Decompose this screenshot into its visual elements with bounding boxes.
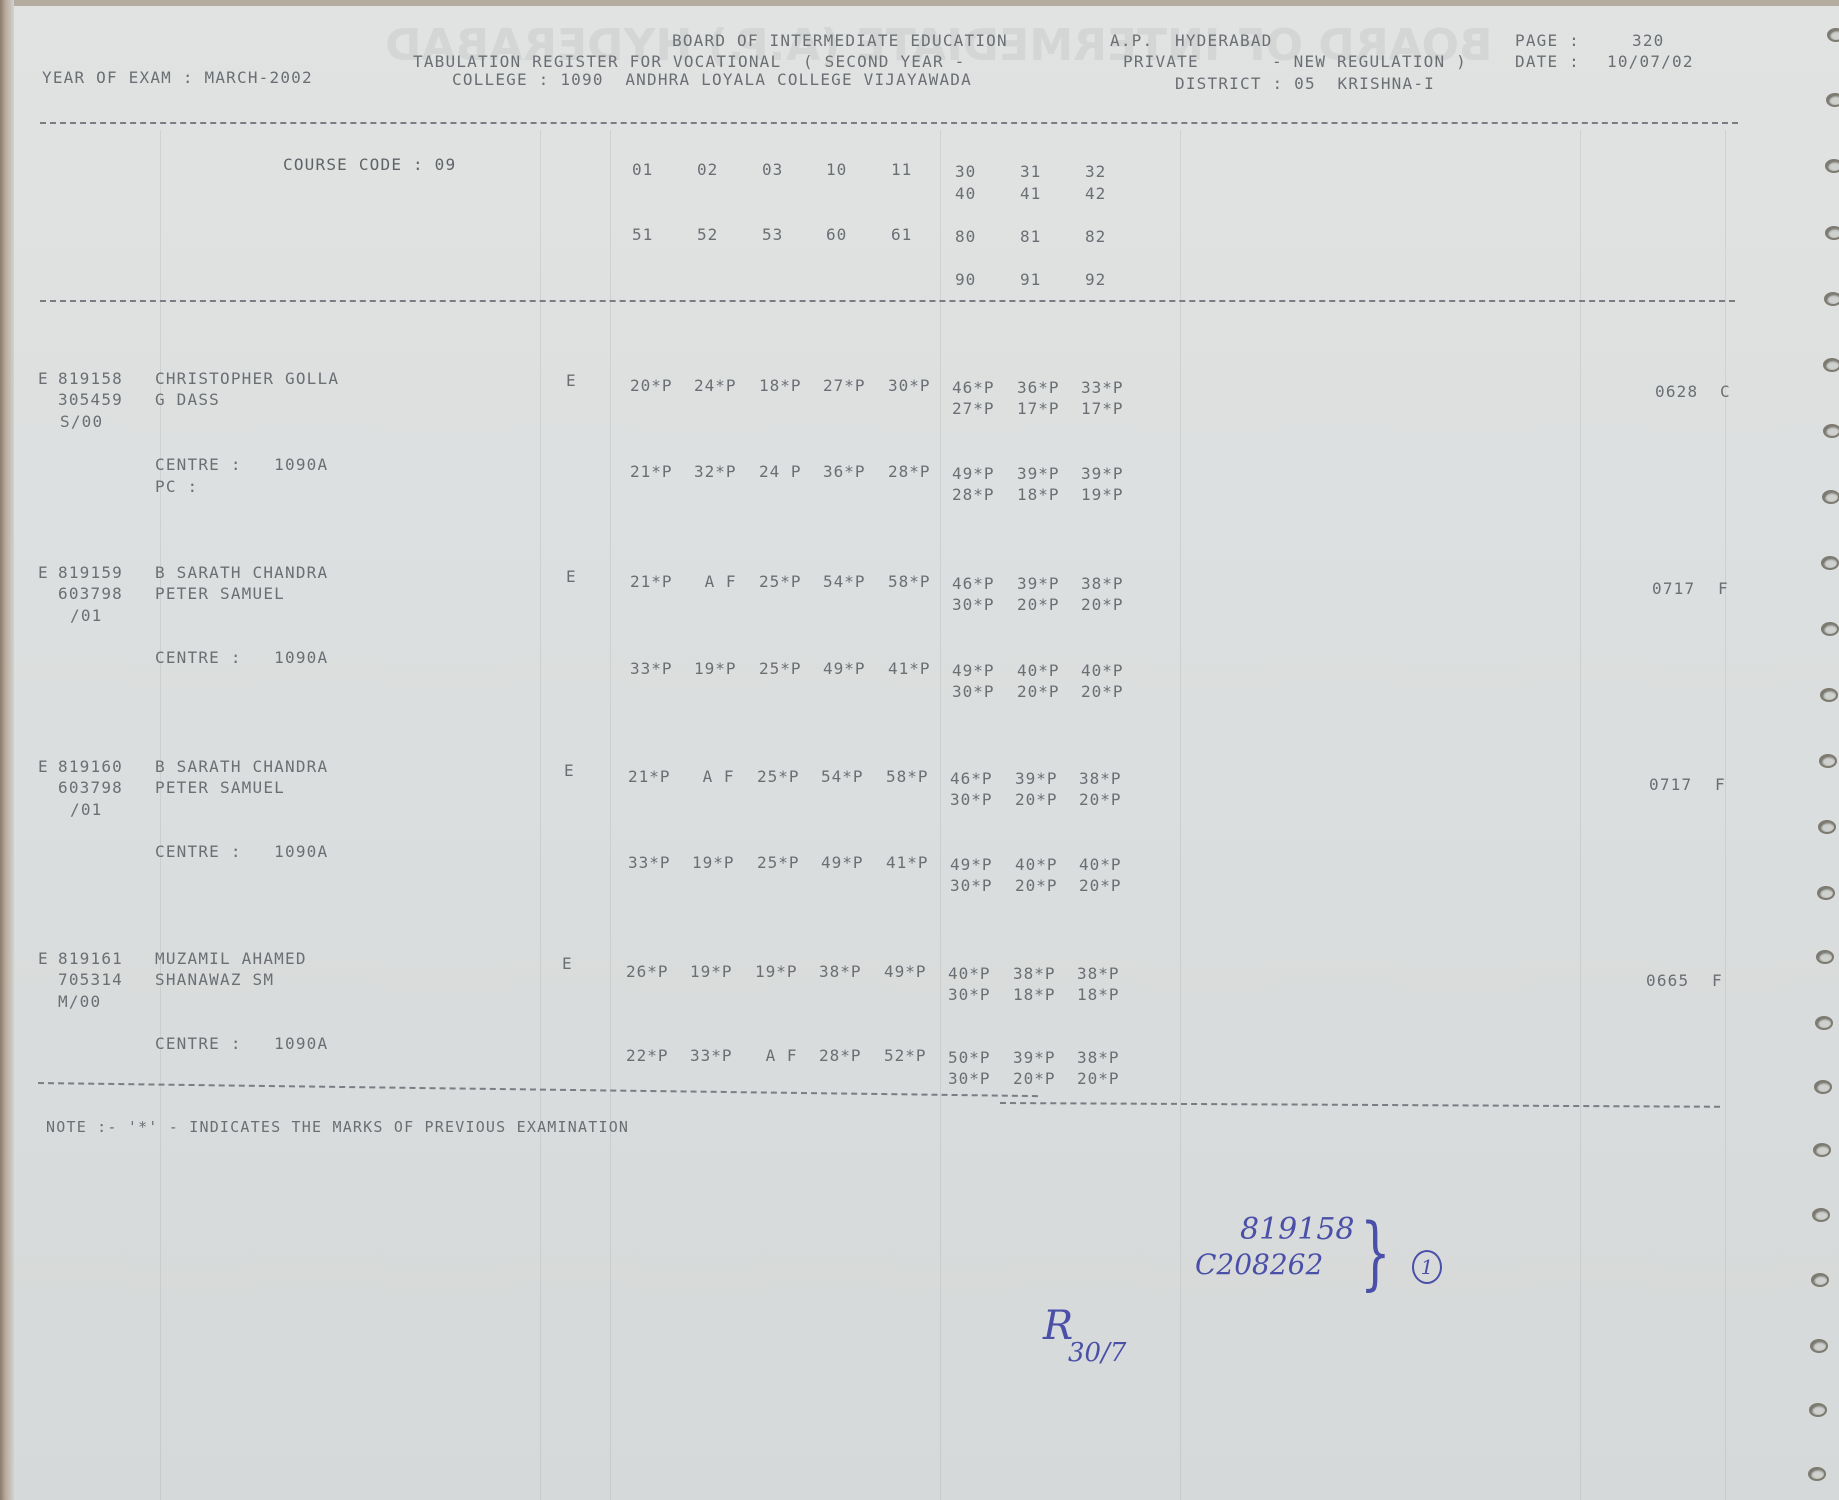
- record-prefix: E: [38, 564, 49, 582]
- mark-cell: 39*P: [1015, 769, 1079, 788]
- mark-cell: 21*P: [628, 767, 692, 786]
- mark-cell: 21*P: [630, 462, 694, 481]
- mark-cell: 49*P: [884, 962, 948, 981]
- mark-cell: 40*P: [1079, 855, 1143, 874]
- subject-code: 03: [762, 160, 826, 179]
- mark-cell: 49*P: [950, 855, 1014, 874]
- mark-cell: 30*P: [950, 876, 1014, 895]
- mark-cell: 32*P: [694, 462, 758, 481]
- mark-cell: 20*P: [1017, 682, 1081, 701]
- punch-hole: [1823, 424, 1839, 438]
- mark-cell: 20*P: [1015, 790, 1079, 809]
- mark-cell: 25*P: [759, 659, 823, 678]
- subject-code: 42: [1085, 184, 1149, 203]
- mark-cell: 38*P: [1013, 964, 1077, 983]
- subject-code: 92: [1085, 270, 1149, 289]
- year-of-exam: YEAR OF EXAM : MARCH-2002: [42, 69, 313, 87]
- subject-code: 30: [955, 162, 1019, 181]
- subject-code: 51: [632, 225, 696, 244]
- mark-cell: 20*P: [1081, 682, 1145, 701]
- mark-cell: 33*P: [690, 1046, 754, 1065]
- mark-cell: 36*P: [823, 462, 887, 481]
- mark-cell: A F: [755, 1046, 819, 1065]
- mark-cell: 36*P: [1017, 378, 1081, 397]
- total-marks: 0717: [1652, 580, 1695, 598]
- handwritten-sign-date: 30/7: [1068, 1338, 1126, 1368]
- form-guide: [540, 130, 541, 1500]
- mark-cell: 28*P: [952, 485, 1016, 504]
- mark-cell: 30*P: [948, 985, 1012, 1004]
- mark-cell: 30*P: [888, 376, 952, 395]
- mark-cell: 28*P: [888, 462, 952, 481]
- result-grade: F: [1715, 776, 1726, 794]
- registration-number: 603798: [58, 779, 123, 797]
- punch-hole: [1819, 754, 1837, 768]
- print-date: 10/07/02: [1607, 53, 1694, 71]
- mark-cell: 30*P: [952, 682, 1016, 701]
- mark-cell: 46*P: [952, 574, 1016, 593]
- mark-cell: 21*P: [630, 572, 694, 591]
- subject-code: 60: [826, 225, 890, 244]
- punch-hole: [1817, 886, 1835, 900]
- mark-cell: 22*P: [626, 1046, 690, 1065]
- subject-code: 32: [1085, 162, 1149, 181]
- subject-code: 11: [891, 160, 955, 179]
- mark-cell: 30*P: [948, 1069, 1012, 1088]
- mark-cell: 28*P: [819, 1046, 883, 1065]
- mark-cell: 41*P: [886, 853, 950, 872]
- punch-hole: [1815, 1016, 1833, 1030]
- mark-cell: 20*P: [1017, 595, 1081, 614]
- record-prefix: E: [38, 758, 49, 776]
- header-divider: [40, 122, 1738, 124]
- form-guide: [1580, 130, 1581, 1500]
- mark-cell: 17*P: [1081, 399, 1145, 418]
- registration-number: 705314: [58, 971, 123, 989]
- subject-code: 40: [955, 184, 1019, 203]
- punch-hole: [1810, 1339, 1828, 1353]
- mark-cell: 26*P: [626, 962, 690, 981]
- exam-category: PRIVATE: [1123, 53, 1199, 71]
- date-label: DATE :: [1515, 53, 1580, 71]
- college-info: COLLEGE : 1090 ANDHRA LOYALA COLLEGE VIJ…: [452, 71, 972, 89]
- mark-cell: 54*P: [821, 767, 885, 786]
- mark-cell: 38*P: [1081, 574, 1145, 593]
- mark-cell: 49*P: [823, 659, 887, 678]
- centre-code: CENTRE : 1090A: [155, 456, 328, 474]
- register-title: TABULATION REGISTER FOR VOCATIONAL ( SEC…: [413, 53, 965, 71]
- form-guide: [1180, 130, 1181, 1500]
- mark-cell: 49*P: [952, 661, 1016, 680]
- punch-hole: [1811, 1273, 1829, 1287]
- subject-code: 80: [955, 227, 1019, 246]
- student-name: MUZAMIL AHAMED: [155, 950, 307, 968]
- subject-code: 90: [955, 270, 1019, 289]
- record-code: /01: [70, 607, 103, 625]
- punch-hole: [1825, 159, 1839, 173]
- mark-cell: 27*P: [823, 376, 887, 395]
- mark-cell: 20*P: [630, 376, 694, 395]
- record-prefix: E: [38, 950, 49, 968]
- subject-code: 52: [697, 225, 761, 244]
- father-name: PETER SAMUEL: [155, 585, 285, 603]
- mark-cell: 39*P: [1013, 1048, 1077, 1067]
- footnote: NOTE :- '*' - INDICATES THE MARKS OF PRE…: [46, 1118, 629, 1136]
- punch-hole: [1808, 1467, 1826, 1481]
- mark-cell: 41*P: [888, 659, 952, 678]
- mark-cell: 24 P: [759, 462, 823, 481]
- mark-cell: 39*P: [1017, 464, 1081, 483]
- subject-code: 41: [1020, 184, 1084, 203]
- punch-hole: [1824, 292, 1839, 306]
- footer-divider: [1000, 1102, 1720, 1108]
- mark-cell: 40*P: [1015, 855, 1079, 874]
- punch-hole: [1822, 490, 1839, 504]
- mark-cell: 54*P: [823, 572, 887, 591]
- subject-code: 53: [762, 225, 826, 244]
- page-label: PAGE :: [1515, 32, 1580, 50]
- registration-number: 603798: [58, 585, 123, 603]
- mark-cell: 30*P: [952, 595, 1016, 614]
- mark-cell: 19*P: [690, 962, 754, 981]
- punch-hole: [1823, 358, 1839, 372]
- form-guide: [1725, 130, 1726, 1500]
- mark-cell: 46*P: [950, 769, 1014, 788]
- result-grade: C: [1720, 383, 1731, 401]
- student-name: B SARATH CHANDRA: [155, 564, 328, 582]
- punch-hole: [1813, 1143, 1831, 1157]
- punch-hole: [1809, 1403, 1827, 1417]
- mark-cell: 20*P: [1015, 876, 1079, 895]
- subject-code: 31: [1020, 162, 1084, 181]
- punch-hole: [1821, 556, 1839, 570]
- medium: E: [562, 955, 573, 973]
- pc-label: PC :: [155, 478, 198, 496]
- mark-cell: 40*P: [1017, 661, 1081, 680]
- mark-cell: 18*P: [1017, 485, 1081, 504]
- centre-code: CENTRE : 1090A: [155, 843, 328, 861]
- mark-cell: 33*P: [630, 659, 694, 678]
- punch-hole: [1816, 950, 1834, 964]
- mark-cell: 40*P: [948, 964, 1012, 983]
- punch-hole: [1826, 93, 1839, 107]
- record-prefix: E: [38, 370, 49, 388]
- mark-cell: 58*P: [886, 767, 950, 786]
- subject-code: 10: [826, 160, 890, 179]
- mark-cell: 20*P: [1079, 876, 1143, 895]
- mark-cell: 19*P: [1081, 485, 1145, 504]
- mark-cell: 18*P: [759, 376, 823, 395]
- mark-cell: 38*P: [1077, 964, 1141, 983]
- mark-cell: 38*P: [1079, 769, 1143, 788]
- mark-cell: 18*P: [1013, 985, 1077, 1004]
- mark-cell: 24*P: [694, 376, 758, 395]
- mark-cell: 19*P: [755, 962, 819, 981]
- result-grade: F: [1718, 580, 1729, 598]
- mark-cell: 46*P: [952, 378, 1016, 397]
- mark-cell: 20*P: [1013, 1069, 1077, 1088]
- total-marks: 0628: [1655, 383, 1698, 401]
- subject-code: 61: [891, 225, 955, 244]
- medium: E: [566, 372, 577, 390]
- mark-cell: 30*P: [950, 790, 1014, 809]
- mark-cell: 25*P: [757, 853, 821, 872]
- mark-cell: 49*P: [952, 464, 1016, 483]
- mark-cell: 25*P: [759, 572, 823, 591]
- handwritten-hall-ticket: 819158: [1240, 1212, 1355, 1247]
- mark-cell: 40*P: [1081, 661, 1145, 680]
- subject-code: 01: [632, 160, 696, 179]
- binding-edge: [0, 0, 14, 1500]
- mark-cell: A F: [692, 767, 756, 786]
- course-divider: [40, 300, 1735, 302]
- total-marks: 0717: [1649, 776, 1692, 794]
- mark-cell: 19*P: [692, 853, 756, 872]
- mark-cell: 39*P: [1081, 464, 1145, 483]
- hall-ticket-number: 819161: [58, 950, 123, 968]
- form-guide: [160, 130, 161, 1500]
- hall-ticket-number: 819158: [58, 370, 123, 388]
- record-code: /01: [70, 801, 103, 819]
- sheet-top-edge: [0, 0, 1839, 6]
- total-marks: 0665: [1646, 972, 1689, 990]
- mark-cell: 50*P: [948, 1048, 1012, 1067]
- form-guide: [610, 130, 611, 1500]
- mark-cell: 27*P: [952, 399, 1016, 418]
- mark-cell: 38*P: [1077, 1048, 1141, 1067]
- centre-code: CENTRE : 1090A: [155, 649, 328, 667]
- hall-ticket-number: 819160: [58, 758, 123, 776]
- mark-cell: 20*P: [1081, 595, 1145, 614]
- district-info: DISTRICT : 05 KRISHNA-I: [1175, 75, 1435, 93]
- mark-cell: 38*P: [819, 962, 883, 981]
- subject-code: 82: [1085, 227, 1149, 246]
- mark-cell: 19*P: [694, 659, 758, 678]
- mark-cell: 49*P: [821, 853, 885, 872]
- board-title: BOARD OF INTERMEDIATE EDUCATION: [672, 32, 1008, 50]
- page-number: 320: [1632, 32, 1665, 50]
- father-name: G DASS: [155, 391, 220, 409]
- punch-hole: [1820, 688, 1838, 702]
- punch-hole: [1827, 28, 1839, 42]
- medium: E: [564, 762, 575, 780]
- record-code: S/00: [60, 413, 103, 431]
- mark-cell: 39*P: [1017, 574, 1081, 593]
- punch-hole: [1825, 226, 1839, 240]
- regulation: - NEW REGULATION ): [1272, 53, 1467, 71]
- mark-cell: 52*P: [884, 1046, 948, 1065]
- punch-hole: [1814, 1080, 1832, 1094]
- board-location: A.P. HYDERABAD: [1110, 32, 1273, 50]
- subject-code: 91: [1020, 270, 1084, 289]
- mark-cell: A F: [694, 572, 758, 591]
- mark-cell: 20*P: [1079, 790, 1143, 809]
- punch-hole: [1821, 622, 1839, 636]
- record-code: M/00: [58, 993, 101, 1011]
- student-name: CHRISTOPHER GOLLA: [155, 370, 339, 388]
- centre-code: CENTRE : 1090A: [155, 1035, 328, 1053]
- course-code: COURSE CODE : 09: [283, 156, 456, 174]
- tabulation-sheet: BOARD OF INTERMEDIATE (A.P.) HYDERABAD B…: [0, 0, 1839, 1500]
- punch-hole: [1812, 1208, 1830, 1222]
- handwritten-circled-number: 1: [1412, 1250, 1442, 1284]
- mark-cell: 33*P: [628, 853, 692, 872]
- hall-ticket-number: 819159: [58, 564, 123, 582]
- subject-code: 02: [697, 160, 761, 179]
- medium: E: [566, 568, 577, 586]
- registration-number: 305459: [58, 391, 123, 409]
- father-name: PETER SAMUEL: [155, 779, 285, 797]
- mark-cell: 33*P: [1081, 378, 1145, 397]
- subject-code: 81: [1020, 227, 1084, 246]
- form-guide: [940, 130, 941, 1500]
- student-name: B SARATH CHANDRA: [155, 758, 328, 776]
- mark-cell: 25*P: [757, 767, 821, 786]
- footer-divider: [38, 1082, 1038, 1097]
- mark-cell: 58*P: [888, 572, 952, 591]
- mark-cell: 20*P: [1077, 1069, 1141, 1088]
- result-grade: F: [1712, 972, 1723, 990]
- father-name: SHANAWAZ SM: [155, 971, 274, 989]
- mark-cell: 18*P: [1077, 985, 1141, 1004]
- punch-hole: [1818, 820, 1836, 834]
- mark-cell: 17*P: [1017, 399, 1081, 418]
- handwritten-code: C208262: [1195, 1248, 1323, 1281]
- handwritten-brace: }: [1360, 1208, 1391, 1298]
